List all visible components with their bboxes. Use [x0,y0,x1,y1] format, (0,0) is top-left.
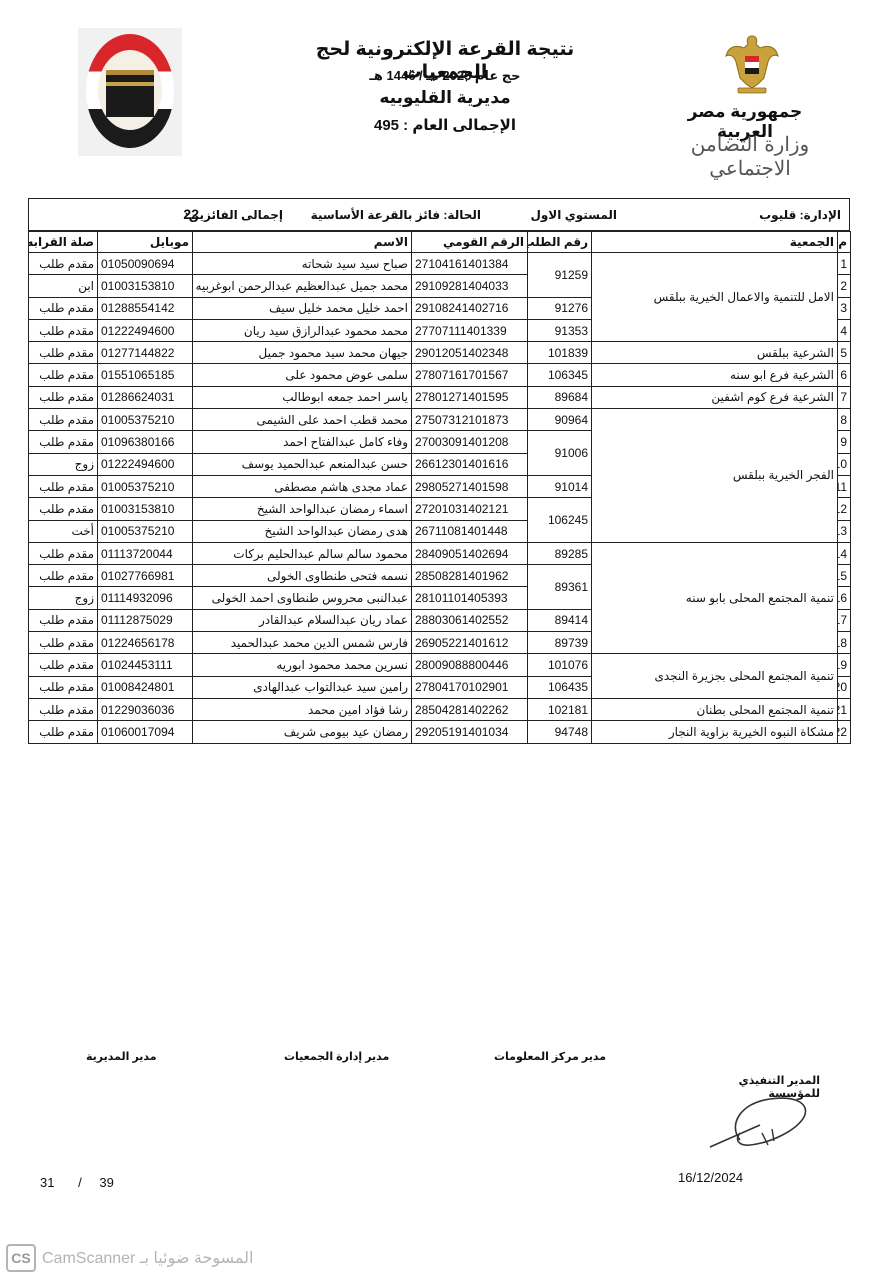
national-id-cell: 28504281402262 [412,698,528,720]
association-cell: الشرعية فرع ابو سنه [592,364,838,386]
mobile-cell: 01288554142 [98,297,193,319]
relation-cell: مقدم طلب [29,676,98,698]
row-index: 17 [838,609,851,631]
table-row: 7 الشرعية فرع كوم اشفين 89684 2780127140… [29,386,851,408]
administration-label: الإدارة: قليوب [759,208,841,222]
national-id-cell: 27807161701567 [412,364,528,386]
row-index: 5 [838,342,851,364]
results-table: م الجمعية رقم الطلب الرقم القومي الاسم م… [28,231,851,744]
sig-associations-manager: مدير إدارة الجمعيات [284,1050,389,1063]
request-no-cell: 90964 [528,409,592,431]
national-id-cell: 27804170102901 [412,676,528,698]
relation-cell: مقدم طلب [29,609,98,631]
relation-cell: زوج [29,587,98,609]
table-row: 22 مشكاة النبوه الخيرية بزاوية النجار 94… [29,721,851,743]
row-index: 22 [838,721,851,743]
mobile-cell: 01222494600 [98,319,193,341]
row-index: 12 [838,498,851,520]
name-cell: وفاء كامل عبدالفتاح احمد [193,431,412,453]
national-id-cell: 27801271401595 [412,386,528,408]
national-id-cell: 28508281401962 [412,565,528,587]
mobile-cell: 01229036036 [98,698,193,720]
name-cell: عبدالنبى محروس طنطاوى احمد الخولى [193,587,412,609]
national-id-cell: 29805271401598 [412,475,528,497]
table-row: 6 الشرعية فرع ابو سنه 106345 27807161701… [29,364,851,386]
row-index: 10 [838,453,851,475]
name-cell: محمد محمود عبدالرازق سيد ريان [193,319,412,341]
row-index: 20 [838,676,851,698]
request-no-cell: 91006 [528,431,592,476]
association-cell: الشرعية ببلقس [592,342,838,364]
row-index: 16 [838,587,851,609]
row-index: 8 [838,409,851,431]
request-no-cell: 89684 [528,386,592,408]
request-no-cell: 106245 [528,498,592,543]
relation-cell: مقدم طلب [29,721,98,743]
relation-cell: مقدم طلب [29,475,98,497]
camscanner-text: المسوحة ضوئيا بـ CamScanner [42,1248,253,1268]
request-no-cell: 94748 [528,721,592,743]
national-id-cell: 27201031402121 [412,498,528,520]
relation-cell: مقدم طلب [29,431,98,453]
name-cell: عماد ريان عبدالسلام عبدالقادر [193,609,412,631]
relation-cell: مقدم طلب [29,386,98,408]
association-cell: الشرعية فرع كوم اشفين [592,386,838,408]
request-no-cell: 91353 [528,319,592,341]
mobile-cell: 01003153810 [98,498,193,520]
row-index: 13 [838,520,851,542]
egypt-eagle-icon [724,34,780,96]
page-separator: / [78,1175,82,1190]
relation-cell: مقدم طلب [29,654,98,676]
mobile-cell: 01005375210 [98,475,193,497]
mobile-cell: 01113720044 [98,542,193,564]
row-index: 21 [838,698,851,720]
relation-cell: مقدم طلب [29,342,98,364]
name-cell: سلمى عوض محمود على [193,364,412,386]
national-id-cell: 28009088800446 [412,654,528,676]
national-id-cell: 26612301401616 [412,453,528,475]
name-cell: نسمه فتحى طنطاوى الخولى [193,565,412,587]
kaaba-icon [106,70,154,117]
association-cell: تنمية المجتمع المحلى بابو سنه [592,542,838,653]
national-id-cell: 26905221401612 [412,632,528,654]
col-mobile: موبايل [98,232,193,253]
national-id-cell: 27003091401208 [412,431,528,453]
table-row: 5 الشرعية ببلقس 101839 29012051402348 جي… [29,342,851,364]
winners-count: 22 [183,206,199,222]
relation-cell: مقدم طلب [29,498,98,520]
mobile-cell: 01005375210 [98,520,193,542]
national-id-cell: 27104161401384 [412,253,528,275]
name-cell: رامين سيد عبدالتواب عبدالهادى [193,676,412,698]
mobile-cell: 01224656178 [98,632,193,654]
name-cell: عماد مجدى هاشم مصطفى [193,475,412,497]
col-name: الاسم [193,232,412,253]
name-cell: نسرين محمد محمود ابوريه [193,654,412,676]
national-id-cell: 29109281404033 [412,275,528,297]
request-no-cell: 101839 [528,342,592,364]
row-index: 3 [838,297,851,319]
directorate-name: مديرية القليوبيه [330,88,560,108]
association-cell: تنمية المجتمع المحلى بجزيرة النجدى [592,654,838,699]
page-total: 39 [99,1175,113,1190]
name-cell: هدى رمضان عبدالواحد الشيخ [193,520,412,542]
table-header-row: م الجمعية رقم الطلب الرقم القومي الاسم م… [29,232,851,253]
request-no-cell: 106345 [528,364,592,386]
row-index: 7 [838,386,851,408]
table-row: 19 تنمية المجتمع المحلى بجزيرة النجدى 10… [29,654,851,676]
winners-label: إجمالى الفائزين: [185,208,283,222]
mobile-cell: 01286624031 [98,386,193,408]
national-id-cell: 26711081401448 [412,520,528,542]
row-index: 18 [838,632,851,654]
col-association: الجمعية [592,232,838,253]
document-date: 16/12/2024 [678,1170,743,1185]
col-request-no: رقم الطلب [528,232,592,253]
name-cell: حسن عبدالمنعم عبدالحميد يوسف [193,453,412,475]
signature-icon [700,1095,812,1155]
request-no-cell: 106435 [528,676,592,698]
relation-cell: مقدم طلب [29,364,98,386]
name-cell: رشا فؤاد امين محمد [193,698,412,720]
national-id-cell: 28101101405393 [412,587,528,609]
request-no-cell: 91259 [528,253,592,298]
national-id-cell: 29108241402716 [412,297,528,319]
relation-cell: مقدم طلب [29,319,98,341]
name-cell: احمد خليل محمد خليل سيف [193,297,412,319]
sig-directorate-manager: مدير المديرية [86,1050,157,1063]
row-index: 1 [838,253,851,275]
row-index: 9 [838,431,851,453]
mobile-cell: 01060017094 [98,721,193,743]
mobile-cell: 01050090694 [98,253,193,275]
request-no-cell: 102181 [528,698,592,720]
relation-cell: مقدم طلب [29,542,98,564]
name-cell: اسماء رمضان عبدالواحد الشيخ [193,498,412,520]
national-id-cell: 29012051402348 [412,342,528,364]
mobile-cell: 01024453111 [98,654,193,676]
kaaba-band [106,82,154,86]
mobile-cell: 01008424801 [98,676,193,698]
row-index: 11 [838,475,851,497]
table-row: 1 الامل للتنمية والاعمال الخيرية ببلقس 9… [29,253,851,275]
request-no-cell: 91276 [528,297,592,319]
request-no-cell: 89414 [528,609,592,631]
mobile-cell: 01222494600 [98,453,193,475]
col-relation: صلة القرابه [29,232,98,253]
mobile-cell: 01551065185 [98,364,193,386]
relation-cell: مقدم طلب [29,565,98,587]
hajj-year: حج عام 2025 مـ / 1446 هـ [300,68,590,84]
table-row: 21 تنمية المجتمع المحلى بطنان 102181 285… [29,698,851,720]
row-index: 4 [838,319,851,341]
row-index: 6 [838,364,851,386]
association-cell: الامل للتنمية والاعمال الخيرية ببلقس [592,253,838,342]
national-id-cell: 28409051402694 [412,542,528,564]
request-no-cell: 89285 [528,542,592,564]
status-label: الحالة: فائز بالقرعة الأساسية [311,208,481,222]
col-national-id: الرقم القومي [412,232,528,253]
grand-total: الإجمالى العام : 495 [330,116,560,134]
relation-cell: مقدم طلب [29,632,98,654]
request-no-cell: 89361 [528,565,592,610]
name-cell: ياسر احمد جمعه ابوطالب [193,386,412,408]
association-cell: الفجر الخيرية ببلقس [592,409,838,543]
row-index: 2 [838,275,851,297]
level-label: المستوي الاول [530,208,617,222]
association-cell: مشكاة النبوه الخيرية بزاوية النجار [592,721,838,743]
association-cell: تنمية المجتمع المحلى بطنان [592,698,838,720]
name-cell: فارس شمس الدين محمد عبدالحميد [193,632,412,654]
request-no-cell: 89739 [528,632,592,654]
name-cell: محمود سالم سالم عبدالحليم بركات [193,542,412,564]
mobile-cell: 01277144822 [98,342,193,364]
row-index: 14 [838,542,851,564]
table-row: 8 الفجر الخيرية ببلقس 90964 275073121018… [29,409,851,431]
mobile-cell: 01114932096 [98,587,193,609]
kaaba-emblem-logo [78,28,182,156]
sig-info-center-manager: مدير مركز المعلومات [494,1050,606,1063]
row-index: 15 [838,565,851,587]
page-number: 31 / 39 [40,1175,114,1190]
relation-cell: أخت [29,520,98,542]
request-no-cell: 101076 [528,654,592,676]
camscanner-logo-icon: CS [6,1244,36,1272]
mobile-cell: 01003153810 [98,275,193,297]
row-index: 19 [838,654,851,676]
request-no-cell: 91014 [528,475,592,497]
relation-cell: مقدم طلب [29,297,98,319]
page-current: 31 [40,1175,54,1190]
name-cell: محمد قطب احمد على الشيمى [193,409,412,431]
national-id-cell: 27707111401339 [412,319,528,341]
info-bar: الإدارة: قليوب المستوي الاول الحالة: فائ… [28,198,850,231]
name-cell: محمد جميل عبدالعظيم عبدالرحمن ابوغربيه [193,275,412,297]
ministry-name: وزارة التضامن الاجتماعي [680,132,820,180]
mobile-cell: 01027766981 [98,565,193,587]
mobile-cell: 01112875029 [98,609,193,631]
relation-cell: مقدم طلب [29,698,98,720]
national-id-cell: 28803061402552 [412,609,528,631]
col-index: م [838,232,851,253]
mobile-cell: 01096380166 [98,431,193,453]
national-id-cell: 29205191401034 [412,721,528,743]
relation-cell: مقدم طلب [29,409,98,431]
name-cell: صباح سيد سيد شحاته [193,253,412,275]
national-id-cell: 27507312101873 [412,409,528,431]
table-row: 14 تنمية المجتمع المحلى بابو سنه 89285 2… [29,542,851,564]
mobile-cell: 01005375210 [98,409,193,431]
name-cell: جيهان محمد سيد محمود جميل [193,342,412,364]
relation-cell: زوج [29,453,98,475]
relation-cell: ابن [29,275,98,297]
name-cell: رمضان عيد بيومى شريف [193,721,412,743]
relation-cell: مقدم طلب [29,253,98,275]
camscanner-watermark: CS المسوحة ضوئيا بـ CamScanner [6,1244,253,1272]
